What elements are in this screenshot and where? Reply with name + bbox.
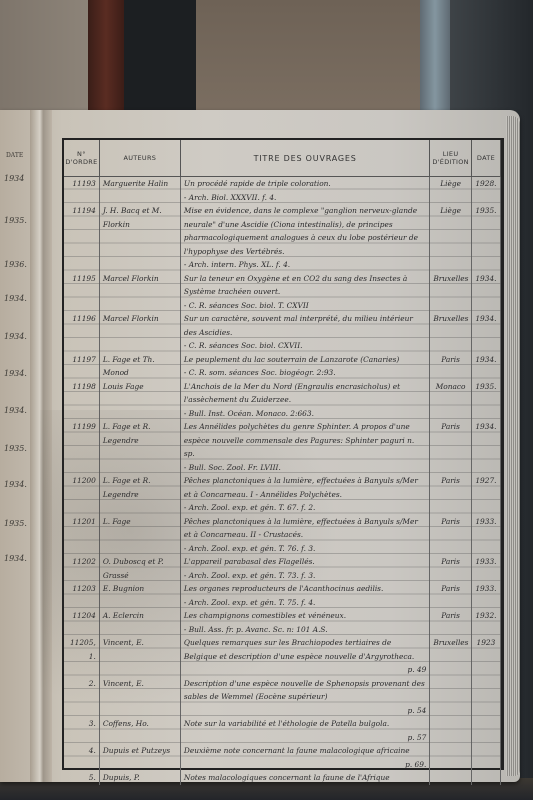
entry-date: [471, 717, 500, 744]
entry-title: Pêches planctoniques à la lumière, effec…: [180, 474, 429, 515]
entry-title-text: Sur la teneur en Oxygène et en CO2 du sa…: [184, 274, 407, 297]
entry-reference: - C. R. séances Soc. biol. T. CXVII: [184, 299, 426, 313]
entry-title: L'Anchois de la Mer du Nord (Engraulis e…: [180, 380, 429, 421]
entry-authors-text: Marcel Florkin: [103, 314, 159, 323]
entry-place: Monaco: [430, 380, 472, 421]
entry-place: Paris: [430, 515, 472, 556]
entry-authors-text: Coffens, Ho.: [103, 719, 149, 728]
entry-authors: Coffens, Ho.: [99, 717, 180, 744]
left-page: DATE 1934 1935. 1936. 1934. 1934. 1934. …: [0, 110, 30, 782]
entry-number-text: 11196: [72, 314, 96, 323]
entry-title: Sur un caractère, souvent mal interprété…: [180, 312, 429, 353]
left-page-date-header: DATE: [6, 152, 23, 159]
entry-authors: Vincent, E.: [99, 636, 180, 677]
entry-date-text: 1934.: [475, 314, 496, 323]
table-row: 11202O. Duboscq et P. GrasséL'appareil p…: [64, 555, 501, 582]
entry-date: 1935.: [471, 204, 500, 272]
entry-number: 11195: [64, 272, 99, 313]
left-date: 1934.: [4, 294, 27, 303]
entry-number-text: 11194: [72, 206, 96, 215]
entry-title: Deuxième note concernant la faune malaco…: [180, 744, 429, 771]
entry-date-text: 1935.: [475, 206, 496, 215]
entry-authors: L. Fage et R. Legendre: [99, 474, 180, 515]
entry-title: Un procédé rapide de triple coloration.-…: [180, 177, 429, 205]
entry-title-text: Un procédé rapide de triple coloration.: [184, 179, 331, 188]
entry-place: Liège: [430, 177, 472, 205]
entry-place: Bruxelles: [430, 636, 472, 677]
entry-date-text: 1923: [477, 638, 496, 647]
entry-number-text: 11202: [72, 557, 96, 566]
entry-title: Les organes reproducteurs de l'Acanthoci…: [180, 582, 429, 609]
entry-place: Paris: [430, 420, 472, 474]
entry-authors-text: Marguerite Halin: [103, 179, 168, 188]
entry-place-text: Liège: [440, 179, 461, 188]
entry-date-text: 1933.: [475, 557, 496, 566]
entry-number: 2.: [64, 677, 99, 718]
entry-title: Note sur la variabilité et l'éthologie d…: [180, 717, 429, 744]
ledger-book: DATE 1934 1935. 1936. 1934. 1934. 1934. …: [0, 110, 520, 782]
entry-authors: Marguerite Halin: [99, 177, 180, 205]
entry-place: Bruxelles: [430, 272, 472, 313]
entry-authors-text: L. Fage et Th. Monod: [103, 355, 155, 378]
entry-authors-text: Dupuis et Putzeys: [103, 746, 170, 755]
entry-place: [430, 771, 472, 785]
header-place: LIEU D'ÉDITION: [430, 140, 472, 177]
entry-title-text: Les organes reproducteurs de l'Acanthoci…: [184, 584, 383, 593]
entry-date: 1934.: [471, 312, 500, 353]
left-date: 1934.: [4, 406, 27, 415]
entry-title-text: L'appareil parabasal des Flagellés.: [184, 557, 315, 566]
entry-date-text: 1933.: [475, 517, 496, 526]
table-row: 11194J. H. Bacq et M. FlorkinMise en évi…: [64, 204, 501, 272]
entry-date: 1927.: [471, 474, 500, 515]
entry-authors-text: Louis Fage: [103, 382, 144, 391]
entry-date-text: 1934.: [475, 422, 496, 431]
left-date: 1934.: [4, 332, 27, 341]
entry-authors-text: L. Fage et R. Legendre: [103, 422, 151, 445]
table-row: 11200L. Fage et R. LegendrePêches planct…: [64, 474, 501, 515]
entry-title: Sur la teneur en Oxygène et en CO2 du sa…: [180, 272, 429, 313]
entry-title-text: L'Anchois de la Mer du Nord (Engraulis e…: [184, 382, 400, 405]
table-row: 3.Coffens, Ho.Note sur la variabilité et…: [64, 717, 501, 744]
entry-number: 11202: [64, 555, 99, 582]
entry-place: Liège: [430, 204, 472, 272]
entry-date: 1923: [471, 636, 500, 677]
table-row: 11204A. EclercinLes champignons comestib…: [64, 609, 501, 636]
entry-reference: p. 49: [184, 663, 426, 677]
entry-title-text: Quelques remarques sur les Brachiopodes …: [184, 638, 414, 661]
entry-title-text: Notes malacologiques concernant la faune…: [184, 773, 390, 782]
entry-reference: - Arch. intern. Phys. XL. f. 4.: [184, 258, 426, 272]
entry-authors-text: Vincent, E.: [103, 638, 144, 647]
entry-date: 1933.: [471, 515, 500, 556]
page-edges: [506, 116, 520, 776]
table-row: 11199L. Fage et R. LegendreLes Annélides…: [64, 420, 501, 474]
header-row: N° D'ORDRE AUTEURS TITRE DES OUVRAGES LI…: [64, 140, 501, 177]
entry-title-text: Deuxième note concernant la faune malaco…: [184, 746, 410, 755]
entry-authors: Marcel Florkin: [99, 272, 180, 313]
entry-number: 5.: [64, 771, 99, 785]
entry-place: [430, 677, 472, 718]
entry-number-text: 2.: [89, 679, 96, 688]
left-date: 1934: [4, 174, 24, 183]
entry-number: 11204: [64, 609, 99, 636]
entry-number-text: 11200: [72, 476, 96, 485]
table-row: 2.Vincent, E.Description d'une espèce no…: [64, 677, 501, 718]
entry-date: 1933.: [471, 555, 500, 582]
entry-place: Paris: [430, 555, 472, 582]
entry-date-text: 1935.: [475, 382, 496, 391]
entry-number: 11197: [64, 353, 99, 380]
entry-place-text: Paris: [441, 611, 460, 620]
left-date: 1934.: [4, 369, 27, 378]
entry-authors-text: E. Bugnion: [103, 584, 144, 593]
left-date: 1934.: [4, 554, 27, 563]
table-row: 11193Marguerite HalinUn procédé rapide d…: [64, 177, 501, 205]
entry-authors-text: Vincent, E.: [103, 679, 144, 688]
entry-reference: - Bull. Ass. fr. p. Avanc. Sc. n: 101 A.…: [184, 623, 426, 637]
entry-authors-text: L. Fage: [103, 517, 131, 526]
entry-authors-text: Marcel Florkin: [103, 274, 159, 283]
entry-title-text: Les Annélides polychètes du genre Sphint…: [184, 422, 414, 458]
entry-place-text: Bruxelles: [433, 638, 468, 647]
entry-place-text: Paris: [441, 476, 460, 485]
entry-authors: L. Fage et Th. Monod: [99, 353, 180, 380]
background-glass: [196, 0, 426, 115]
entry-date-text: 1932.: [475, 611, 496, 620]
entry-number: 11194: [64, 204, 99, 272]
entry-reference: - Arch. Zool. exp. et gén. T. 73. f. 3.: [184, 569, 426, 583]
entry-reference: p. 57: [184, 731, 426, 745]
entry-number-text: 11199: [72, 422, 96, 431]
entry-reference: - Arch. Zool. exp. et gén. T. 67. f. 2.: [184, 501, 426, 515]
header-authors: AUTEURS: [99, 140, 180, 177]
left-date: 1936.: [4, 260, 27, 269]
entry-title-text: Description d'une espèce nouvelle de Sph…: [184, 679, 425, 702]
left-date: 1935.: [4, 216, 27, 225]
left-date: 1935.: [4, 444, 27, 453]
header-no: N° D'ORDRE: [64, 140, 99, 177]
entry-number-text: 11198: [72, 382, 96, 391]
header-date: DATE: [471, 140, 500, 177]
entry-date: 1933.: [471, 582, 500, 609]
entry-date-text: 1927.: [475, 476, 496, 485]
entry-number: 11203: [64, 582, 99, 609]
table-row: 11197L. Fage et Th. MonodLe peuplement d…: [64, 353, 501, 380]
entry-number: 11196: [64, 312, 99, 353]
entry-number-text: 11197: [72, 355, 96, 364]
entry-place-text: Paris: [441, 517, 460, 526]
entry-place: Paris: [430, 353, 472, 380]
entry-number-text: 11203: [72, 584, 96, 593]
header-title: TITRE DES OUVRAGES: [180, 140, 429, 177]
left-page-header: DATE: [0, 138, 30, 174]
entry-number-text: 11205, 1.: [70, 638, 96, 661]
entry-place: Paris: [430, 474, 472, 515]
book-gutter: [30, 110, 52, 782]
entry-place-text: Bruxelles: [433, 314, 468, 323]
entry-authors: J. H. Bacq et M. Florkin: [99, 204, 180, 272]
entry-title: Pêches planctoniques à la lumière, effec…: [180, 515, 429, 556]
entry-number-text: 4.: [89, 746, 96, 755]
entry-reference: - Arch. Zool. exp. et gén. T. 76. f. 3.: [184, 542, 426, 556]
table-row: 11203E. BugnionLes organes reproducteurs…: [64, 582, 501, 609]
entry-reference: - C. R. som. séances Soc. biogéogr. 2:93…: [184, 366, 426, 380]
entry-authors: L. Fage et R. Legendre: [99, 420, 180, 474]
entry-authors-text: A. Eclercin: [103, 611, 144, 620]
ledger-body: 11193Marguerite HalinUn procédé rapide d…: [64, 177, 501, 785]
entry-place: [430, 744, 472, 771]
entry-place-text: Paris: [441, 557, 460, 566]
entry-title-text: Sur un caractère, souvent mal interprété…: [184, 314, 413, 337]
entry-date-text: 1928.: [475, 179, 496, 188]
entry-number: 11200: [64, 474, 99, 515]
entry-authors: O. Duboscq et P. Grassé: [99, 555, 180, 582]
entry-reference: - Arch. Zool. exp. et gén. T. 75. f. 4.: [184, 596, 426, 610]
table-row: 11201L. FagePêches planctoniques à la lu…: [64, 515, 501, 556]
entry-title: Description d'une espèce nouvelle de Sph…: [180, 677, 429, 718]
entry-title: Notes malacologiques concernant la faune…: [180, 771, 429, 785]
entry-reference: - Bull. Soc. Zool. Fr. LVIII.: [184, 461, 426, 475]
background-wood-frame: [88, 0, 124, 115]
entry-number: 11198: [64, 380, 99, 421]
table-row: 11196Marcel FlorkinSur un caractère, sou…: [64, 312, 501, 353]
entry-authors-text: Dupuis, P.: [103, 773, 140, 782]
entry-authors: Vincent, E.: [99, 677, 180, 718]
entry-title-text: Note sur la variabilité et l'éthologie d…: [184, 719, 389, 728]
entry-authors-text: J. H. Bacq et M. Florkin: [103, 206, 162, 229]
entry-date: 1935.: [471, 380, 500, 421]
entry-date: 1932.: [471, 609, 500, 636]
entry-number: 4.: [64, 744, 99, 771]
table-row: 11195Marcel FlorkinSur la teneur en Oxyg…: [64, 272, 501, 313]
entry-authors: Louis Fage: [99, 380, 180, 421]
entry-date: [471, 771, 500, 785]
entry-date: 1934.: [471, 353, 500, 380]
ledger-table-frame: N° D'ORDRE AUTEURS TITRE DES OUVRAGES LI…: [62, 138, 504, 770]
entry-reference: - C. R. séances Soc. biol. CXVII.: [184, 339, 426, 353]
entry-title: Mise en évidence, dans le complexe "gang…: [180, 204, 429, 272]
entry-place-text: Liège: [440, 206, 461, 215]
left-date: 1934.: [4, 480, 27, 489]
entry-title-text: Le peuplement du lac souterrain de Lanza…: [184, 355, 399, 364]
background-reflection: [420, 0, 450, 115]
entry-place-text: Paris: [441, 422, 460, 431]
entry-authors: Dupuis et Putzeys: [99, 744, 180, 771]
entry-date-text: 1934.: [475, 355, 496, 364]
entry-place-text: Monaco: [436, 382, 466, 391]
entry-date: 1934.: [471, 272, 500, 313]
entry-title-text: Pêches planctoniques à la lumière, effec…: [184, 476, 418, 499]
entry-title-text: Mise en évidence, dans le complexe "gang…: [184, 206, 418, 256]
entry-place: Paris: [430, 582, 472, 609]
entry-place: Bruxelles: [430, 312, 472, 353]
entry-number: 11193: [64, 177, 99, 205]
entry-title: Le peuplement du lac souterrain de Lanza…: [180, 353, 429, 380]
entry-reference: - Bull. Inst. Océan. Monaco. 2:663.: [184, 407, 426, 421]
entry-authors: L. Fage: [99, 515, 180, 556]
ledger-table: N° D'ORDRE AUTEURS TITRE DES OUVRAGES LI…: [64, 140, 501, 785]
table-row: 4.Dupuis et PutzeysDeuxième note concern…: [64, 744, 501, 771]
entry-reference: p. 54: [184, 704, 426, 718]
table-row: 11205, 1.Vincent, E.Quelques remarques s…: [64, 636, 501, 677]
entry-title-text: Les champignons comestibles et vénéneux.: [184, 611, 346, 620]
entry-date: 1928.: [471, 177, 500, 205]
entry-authors: Marcel Florkin: [99, 312, 180, 353]
entry-number: 11205, 1.: [64, 636, 99, 677]
entry-number: 11201: [64, 515, 99, 556]
entry-number-text: 3.: [89, 719, 96, 728]
table-row: 11198Louis FageL'Anchois de la Mer du No…: [64, 380, 501, 421]
entry-reference: - Arch. Biol. XXXVII. f. 4.: [184, 191, 426, 205]
entry-place: [430, 717, 472, 744]
entry-title: L'appareil parabasal des Flagellés.- Arc…: [180, 555, 429, 582]
entry-title: Les Annélides polychètes du genre Sphint…: [180, 420, 429, 474]
entry-date-text: 1933.: [475, 584, 496, 593]
entry-number-text: 5.: [89, 773, 96, 782]
entry-place-text: Bruxelles: [433, 274, 468, 283]
entry-authors: E. Bugnion: [99, 582, 180, 609]
entry-date: [471, 677, 500, 718]
entry-authors: A. Eclercin: [99, 609, 180, 636]
entry-number-text: 11204: [72, 611, 96, 620]
entry-reference: p. 69.: [184, 758, 426, 772]
entry-title-text: Pêches planctoniques à la lumière, effec…: [184, 517, 418, 540]
entry-title: Les champignons comestibles et vénéneux.…: [180, 609, 429, 636]
background-wall: [0, 0, 90, 120]
entry-authors-text: L. Fage et R. Legendre: [103, 476, 151, 499]
entry-number-text: 11201: [72, 517, 96, 526]
entry-date-text: 1934.: [475, 274, 496, 283]
entry-place-text: Paris: [441, 355, 460, 364]
entry-place: Paris: [430, 609, 472, 636]
entry-authors: Dupuis, P.: [99, 771, 180, 785]
entry-number-text: 11195: [72, 274, 96, 283]
entry-date: 1934.: [471, 420, 500, 474]
entry-number-text: 11193: [72, 179, 96, 188]
entry-title: Quelques remarques sur les Brachiopodes …: [180, 636, 429, 677]
table-row: 5.Dupuis, P.Notes malacologiques concern…: [64, 771, 501, 785]
entry-number: 3.: [64, 717, 99, 744]
entry-number: 11199: [64, 420, 99, 474]
left-date: 1935.: [4, 519, 27, 528]
entry-date: [471, 744, 500, 771]
entry-authors-text: O. Duboscq et P. Grassé: [103, 557, 164, 580]
background-dark-panel: [124, 0, 196, 115]
entry-place-text: Paris: [441, 584, 460, 593]
